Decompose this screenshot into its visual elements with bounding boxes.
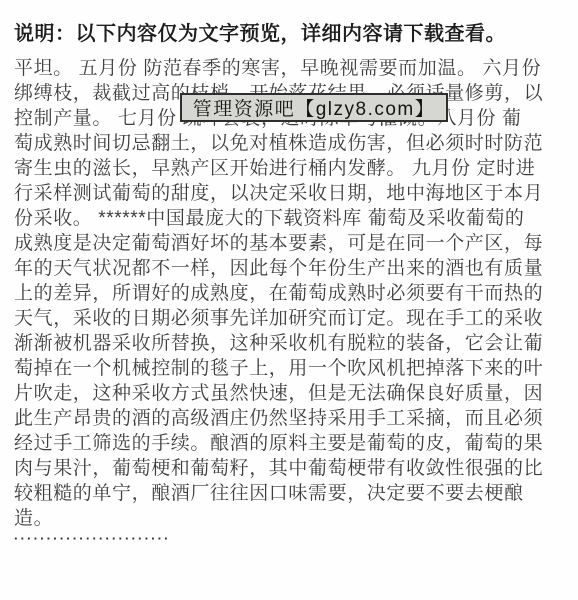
text-line: 年的天气状况都不一样，因此每个年份生产出来的酒也有质量 (14, 256, 570, 281)
watermark-box[interactable]: 管理资源吧【glzy8.com】 (180, 93, 448, 122)
text-line: 上的差异，所谓好的成熟度，在葡萄成熟时必须要有干而热的 (14, 281, 570, 306)
text-line: 渐渐被机器采收所替换，这种采收机有脱粒的装备，它会让葡 (14, 331, 570, 356)
watermark-label: 管理资源吧【glzy8.com】 (193, 94, 436, 121)
text-line: 此生产昂贵的酒的高级酒庄仍然坚持采用手工采摘，而且必须 (14, 406, 570, 431)
document-preview-page: 说明：以下内容仅为文字预览，详细内容请下载查看。 平坦。 五月份 防范春季的寒害… (0, 0, 578, 600)
text-line: 萄成熟时间切忌翻土，以免对植株造成伤害，但必须时时防范 (14, 131, 570, 156)
text-line: 行采样测试葡萄的甜度，以决定采收日期，地中海地区于本月 (14, 181, 570, 206)
text-line: 萄掉在一个机械控制的毯子上，用一个吹风机把掉落下来的叶 (14, 356, 570, 381)
dots-line: ························ (14, 531, 171, 546)
text-line: 较粗糙的单宁，酿酒厂往往因口味需要，决定要不要去梗酿 (14, 481, 570, 506)
text-line: 天气，采收的日期必须事先详加研究而订定。现在手工的采收 (14, 306, 570, 331)
document-body: 平坦。 五月份 防范春季的寒害，早晚视需要而加温。 六月份绑缚枝，裁截过高的枝梢… (14, 56, 570, 531)
text-line: 经过手工筛选的手续。酿酒的原料主要是葡萄的皮，葡萄的果 (14, 431, 570, 456)
text-line: 平坦。 五月份 防范春季的寒害，早晚视需要而加温。 六月份 (14, 56, 570, 81)
text-line: 份采收。 ******中国最庞大的下载资料库 葡萄及采收葡萄的 (14, 206, 570, 231)
text-line: 片吹走，这种采收方式虽然快速，但是无法确保良好质量，因 (14, 381, 570, 406)
text-line: 肉与果汁，葡萄梗和葡萄籽，其中葡萄梗带有收敛性很强的比 (14, 456, 570, 481)
text-line: 寄生虫的滋长，早熟产区开始进行桶内发酵。 九月份 定时进 (14, 156, 570, 181)
text-line: 成熟度是决定葡萄酒好坏的基本要素，可是在同一个产区，每 (14, 231, 570, 256)
text-line: 造。 (14, 506, 570, 531)
preview-notice: 说明：以下内容仅为文字预览，详细内容请下载查看。 (14, 17, 506, 46)
